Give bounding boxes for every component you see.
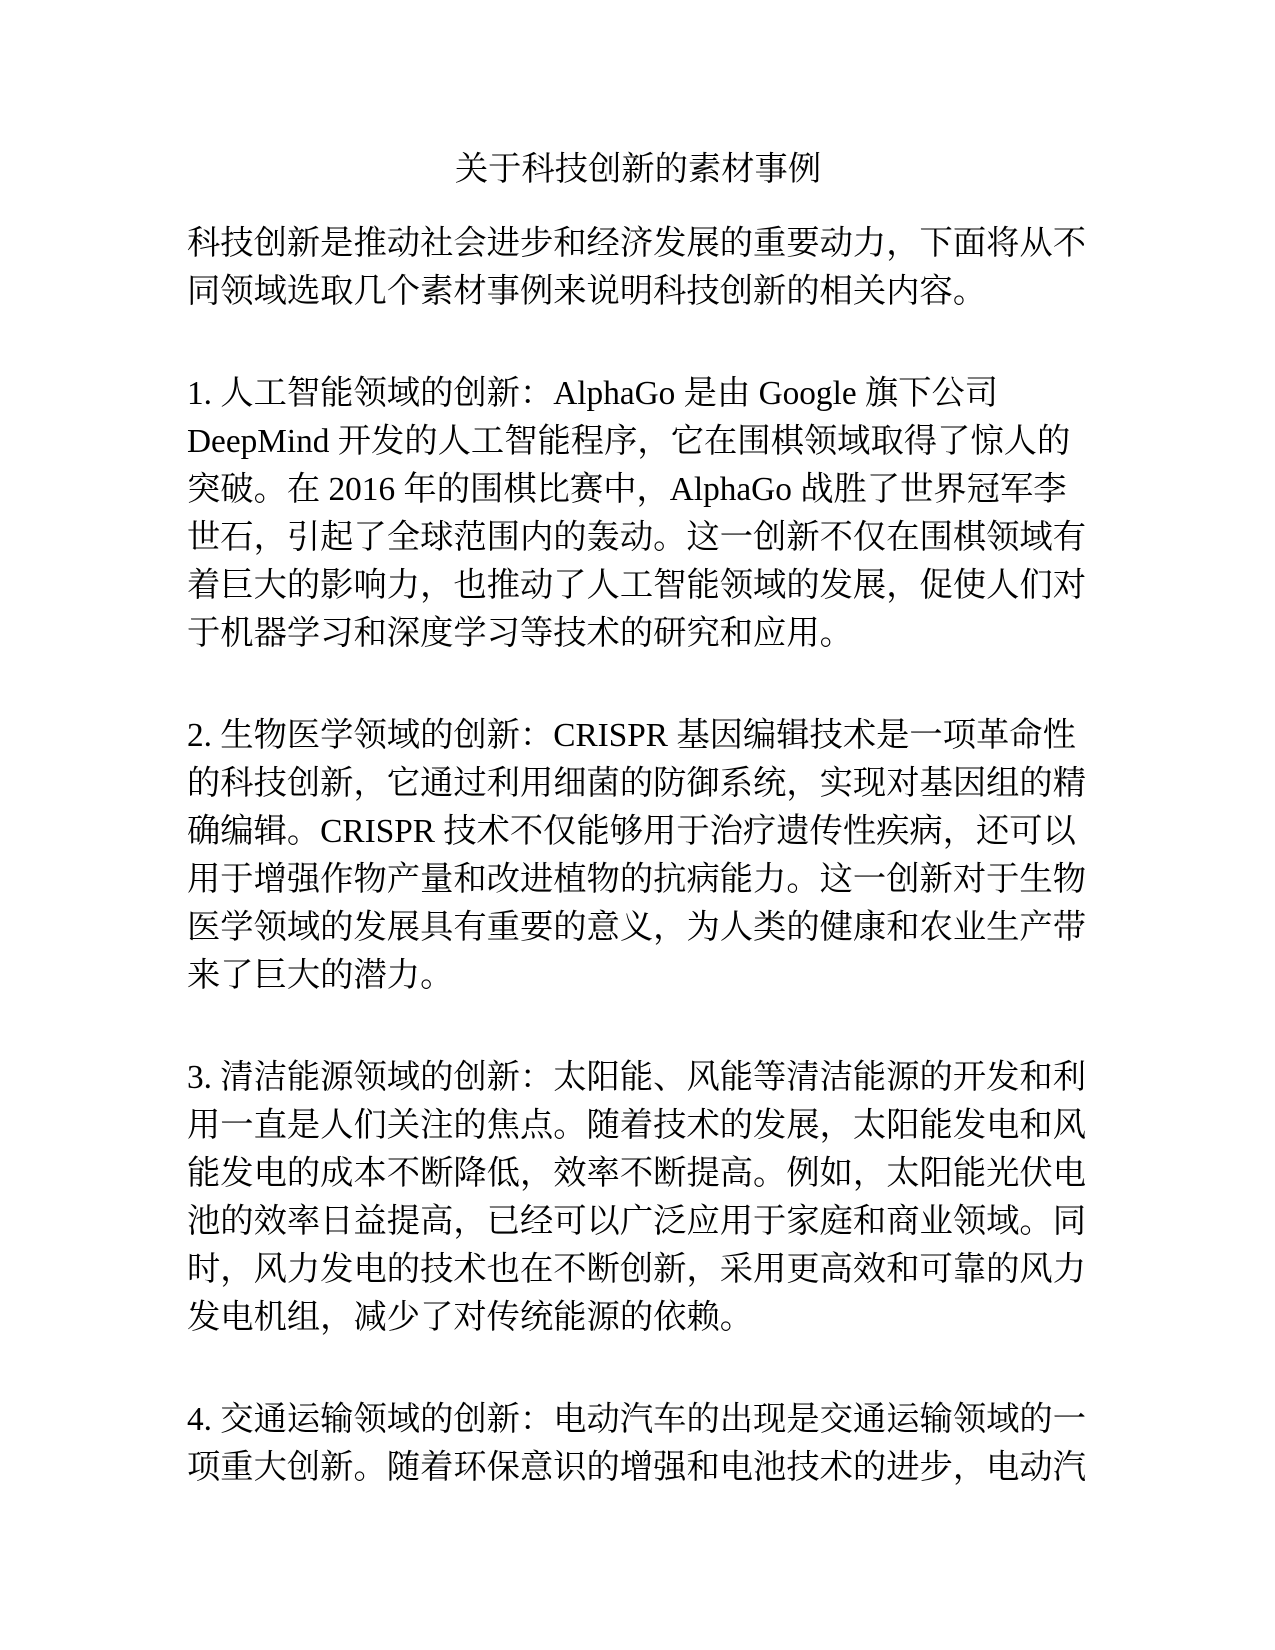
text-line: 时，风力发电的技术也在不断创新，采用更高效和可靠的风力 <box>187 1246 1089 1294</box>
paragraph: 1. 人工智能领域的创新：AlphaGo 是由 Google 旗下公司DeepM… <box>187 370 1089 658</box>
text-line: 3. 清洁能源领域的创新：太阳能、风能等清洁能源的开发和利 <box>187 1054 1089 1102</box>
paragraph: 科技创新是推动社会进步和经济发展的重要动力，下面将从不同领域选取几个素材事例来说… <box>187 220 1089 316</box>
text-line: 科技创新是推动社会进步和经济发展的重要动力，下面将从不 <box>187 220 1089 268</box>
document-content: 关于科技创新的素材事例 科技创新是推动社会进步和经济发展的重要动力，下面将从不同… <box>187 146 1089 1492</box>
text-line: 世石，引起了全球范围内的轰动。这一创新不仅在围棋领域有 <box>187 514 1089 562</box>
text-line: 突破。在 2016 年的围棋比赛中，AlphaGo 战胜了世界冠军李 <box>187 466 1089 514</box>
text-line: 确编辑。CRISPR 技术不仅能够用于治疗遗传性疾病，还可以 <box>187 808 1089 856</box>
text-line: 来了巨大的潜力。 <box>187 952 1089 1000</box>
text-line: 2. 生物医学领域的创新：CRISPR 基因编辑技术是一项革命性 <box>187 712 1089 760</box>
text-line: DeepMind 开发的人工智能程序，它在围棋领域取得了惊人的 <box>187 418 1089 466</box>
text-line: 的科技创新，它通过利用细菌的防御系统，实现对基因组的精 <box>187 760 1089 808</box>
document-page: 关于科技创新的素材事例 科技创新是推动社会进步和经济发展的重要动力，下面将从不同… <box>0 0 1275 1650</box>
text-line: 于机器学习和深度学习等技术的研究和应用。 <box>187 610 1089 658</box>
paragraphs: 科技创新是推动社会进步和经济发展的重要动力，下面将从不同领域选取几个素材事例来说… <box>187 220 1089 1492</box>
text-line: 发电机组，减少了对传统能源的依赖。 <box>187 1294 1089 1342</box>
text-line: 项重大创新。随着环保意识的增强和电池技术的进步，电动汽 <box>187 1444 1089 1492</box>
text-line: 1. 人工智能领域的创新：AlphaGo 是由 Google 旗下公司 <box>187 370 1089 418</box>
text-line: 池的效率日益提高，已经可以广泛应用于家庭和商业领域。同 <box>187 1198 1089 1246</box>
text-line: 4. 交通运输领域的创新：电动汽车的出现是交通运输领域的一 <box>187 1396 1089 1444</box>
text-line: 同领域选取几个素材事例来说明科技创新的相关内容。 <box>187 268 1089 316</box>
text-line: 医学领域的发展具有重要的意义，为人类的健康和农业生产带 <box>187 904 1089 952</box>
text-line: 用于增强作物产量和改进植物的抗病能力。这一创新对于生物 <box>187 856 1089 904</box>
document-title: 关于科技创新的素材事例 <box>187 146 1089 194</box>
paragraph: 4. 交通运输领域的创新：电动汽车的出现是交通运输领域的一项重大创新。随着环保意… <box>187 1396 1089 1492</box>
text-line: 着巨大的影响力，也推动了人工智能领域的发展，促使人们对 <box>187 562 1089 610</box>
text-line: 能发电的成本不断降低，效率不断提高。例如，太阳能光伏电 <box>187 1150 1089 1198</box>
text-line: 用一直是人们关注的焦点。随着技术的发展，太阳能发电和风 <box>187 1102 1089 1150</box>
paragraph: 2. 生物医学领域的创新：CRISPR 基因编辑技术是一项革命性的科技创新，它通… <box>187 712 1089 1000</box>
paragraph: 3. 清洁能源领域的创新：太阳能、风能等清洁能源的开发和利用一直是人们关注的焦点… <box>187 1054 1089 1342</box>
